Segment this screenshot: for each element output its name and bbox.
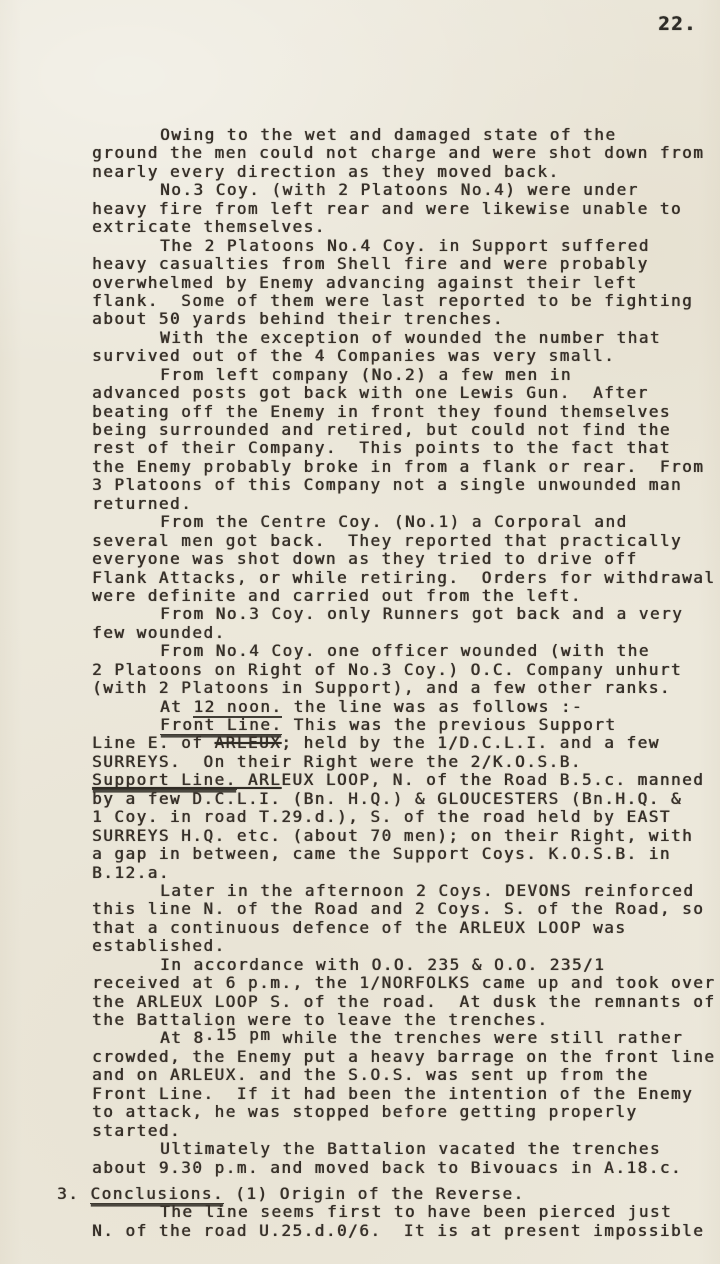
- text-segment: Later in the afternoon 2 Coys. DEVONS re…: [160, 881, 694, 900]
- text-segment: advanced posts got back with one Lewis G…: [92, 383, 649, 402]
- text-line: The line seems first to have been pierce…: [92, 1203, 720, 1221]
- text-line: Flank Attacks, or while retiring. Orders…: [92, 569, 720, 587]
- text-segment: this line N. of the Road and 2 Coys. S. …: [92, 899, 704, 918]
- text-segment: No.3 Coy. (with 2 Platoons No.4) were un…: [160, 180, 639, 199]
- text-line: nearly every direction as they moved bac…: [92, 163, 720, 181]
- text-segment: the Enemy probably broke in from a flank…: [92, 457, 704, 476]
- page-number: 22.: [658, 13, 697, 35]
- text-line: a gap in between, came the Support Coys.…: [92, 845, 720, 863]
- text-segment: From No.3 Coy. only Runners got back and…: [160, 604, 683, 623]
- text-segment: From left company (No.2) a few men in: [160, 365, 572, 384]
- text-segment: the Battalion were to leave the trenches…: [92, 1010, 548, 1029]
- text-segment: started.: [92, 1121, 181, 1140]
- text-line: From No.4 Coy. one officer wounded (with…: [92, 642, 720, 660]
- text-line: crowded, the Enemy put a heavy barrage o…: [92, 1048, 720, 1066]
- text-line: survived out of the 4 Companies was very…: [92, 347, 720, 365]
- text-segment: that a continuous defence of the ARLEUX …: [92, 918, 626, 937]
- text-line: about 9.30 p.m. and moved back to Bivoua…: [92, 1159, 720, 1177]
- text-segment: ground the men could not charge and were…: [92, 143, 704, 162]
- text-line: 2 Platoons on Right of No.3 Coy.) O.C. C…: [92, 661, 720, 679]
- text-segment: This was the previous Support: [282, 715, 616, 734]
- text-segment-uu: Support Line.: [92, 770, 237, 790]
- text-line: the ARLEUX LOOP S. of the road. At dusk …: [92, 993, 720, 1011]
- text-segment: heavy casualties from Shell fire and wer…: [92, 254, 649, 273]
- text-line: At 12 noon. the line was as follows :-: [92, 698, 720, 716]
- text-segment: about 50 yards behind their trenches.: [92, 309, 504, 328]
- text-line: Support Line. ARLEUX LOOP, N. of the Roa…: [92, 771, 720, 789]
- text-line: the Enemy probably broke in from a flank…: [92, 458, 720, 476]
- text-line: started.: [92, 1122, 720, 1140]
- text-line: SURREYS. On their Right were the 2/K.O.S…: [92, 753, 720, 771]
- text-line: heavy fire from left rear and were likew…: [92, 200, 720, 218]
- text-segment-st: ARLEUX: [214, 733, 281, 752]
- text-line: Later in the afternoon 2 Coys. DEVONS re…: [92, 882, 720, 900]
- text-segment: the ARLEUX LOOP S. of the road. At dusk …: [92, 992, 715, 1011]
- text-line: N. of the road U.25.d.0/6. It is at pres…: [92, 1222, 720, 1240]
- text-line: In accordance with O.O. 235 & O.O. 235/1: [92, 956, 720, 974]
- text-line: rest of their Company. This points to th…: [92, 439, 720, 457]
- text-segment: 1 Coy. in road T.29.d.), S. of the road …: [92, 807, 671, 826]
- text-segment: Flank Attacks, or while retiring. Orders…: [92, 568, 715, 587]
- text-line: From left company (No.2) a few men in: [92, 366, 720, 384]
- text-line: by a few D.C.L.I. (Bn. H.Q.) & GLOUCESTE…: [92, 790, 720, 808]
- text-segment: returned.: [92, 494, 192, 513]
- text-segment: N. of the road U.25.d.0/6. It is at pres…: [92, 1221, 704, 1240]
- text-segment: survived out of the 4 Companies was very…: [92, 346, 615, 365]
- text-line: Front Line. If it had been the intention…: [92, 1085, 720, 1103]
- text-line: overwhelmed by Enemy advancing against t…: [92, 274, 720, 292]
- text-segment: few wounded.: [92, 623, 226, 642]
- text-line: From the Centre Coy. (No.1) a Corporal a…: [92, 513, 720, 531]
- text-segment: beating off the Enemy in front they foun…: [92, 402, 671, 421]
- text-segment: 2 Platoons on Right of No.3 Coy.) O.C. C…: [92, 660, 682, 679]
- text-segment: ; held by the 1/D.C.L.I. and a few: [281, 733, 660, 752]
- text-segment: ARLEUX LOOP, N. of the Road B.5.c. manne…: [237, 770, 705, 789]
- text-line: flank. Some of them were last reported t…: [92, 292, 720, 310]
- text-line: established.: [92, 937, 720, 955]
- text-segment: (with 2 Platoons in Support), and a few …: [92, 678, 671, 697]
- text-segment-uu: Front Line.: [160, 715, 282, 735]
- text-segment: heavy fire from left rear and were likew…: [92, 199, 682, 218]
- text-segment: crowded, the Enemy put a heavy barrage o…: [92, 1047, 715, 1066]
- document-body: Owing to the wet and damaged state of th…: [92, 126, 720, 1240]
- text-segment: flank. Some of them were last reported t…: [92, 291, 693, 310]
- text-line: that a continuous defence of the ARLEUX …: [92, 919, 720, 937]
- text-segment: were definite and carried out from the l…: [92, 586, 582, 605]
- text-line: several men got back. They reported that…: [92, 532, 720, 550]
- text-segment: established.: [92, 936, 226, 955]
- text-line: heavy casualties from Shell fire and wer…: [92, 255, 720, 273]
- text-line: few wounded.: [92, 624, 720, 642]
- text-line: to attack, he was stopped before getting…: [92, 1103, 720, 1121]
- text-segment: rest of their Company. This points to th…: [92, 438, 671, 457]
- text-line: SURREYS H.Q. etc. (about 70 men); on the…: [92, 827, 720, 845]
- text-line: No.3 Coy. (with 2 Platoons No.4) were un…: [92, 181, 720, 199]
- text-line: beating off the Enemy in front they foun…: [92, 403, 720, 421]
- text-segment: B.12.a.: [92, 863, 170, 882]
- text-line: (with 2 Platoons in Support), and a few …: [92, 679, 720, 697]
- text-segment: nearly every direction as they moved bac…: [92, 162, 560, 181]
- text-segment: From the Centre Coy. (No.1) a Corporal a…: [160, 512, 628, 531]
- text-line: Front Line. This was the previous Suppor…: [92, 716, 720, 734]
- text-segment: 3 Platoons of this Company not a single …: [92, 475, 682, 494]
- text-line: about 50 yards behind their trenches.: [92, 310, 720, 328]
- text-segment: SURREYS. On their Right were the 2/K.O.S…: [92, 752, 582, 771]
- text-line: this line N. of the Road and 2 Coys. S. …: [92, 900, 720, 918]
- text-segment: The 2 Platoons No.4 Coy. in Support suff…: [160, 236, 650, 255]
- text-line: received at 6 p.m., the 1/NORFOLKS came …: [92, 974, 720, 992]
- text-line: Line E. of ARLEUX; held by the 1/D.C.L.I…: [92, 734, 720, 752]
- text-segment-ov: by a few D.C.L.I.: [92, 789, 281, 808]
- text-segment: From No.4 Coy. one officer wounded (with…: [160, 641, 650, 660]
- text-segment: extricate themselves.: [92, 217, 326, 236]
- text-segment: Owing to the wet and damaged state of th…: [160, 125, 616, 144]
- text-segment-hi: .15 pm: [205, 1025, 272, 1044]
- text-segment: several men got back. They reported that…: [92, 531, 682, 550]
- text-segment: At: [160, 697, 193, 716]
- text-line: advanced posts got back with one Lewis G…: [92, 384, 720, 402]
- text-segment: while the trenches were still rather: [271, 1028, 683, 1047]
- text-segment: Line E. of: [92, 733, 214, 752]
- text-segment: At 8: [160, 1028, 205, 1047]
- text-segment: the line was as follows :-: [282, 697, 583, 716]
- text-line: were definite and carried out from the l…: [92, 587, 720, 605]
- text-segment: The line seems first to have been pierce…: [160, 1202, 672, 1221]
- text-line: At 8.15 pm while the trenches were still…: [92, 1029, 720, 1047]
- text-segment: overwhelmed by Enemy advancing against t…: [92, 273, 638, 292]
- text-line: B.12.a.: [92, 864, 720, 882]
- text-segment: to attack, he was stopped before getting…: [92, 1102, 638, 1121]
- text-line: Owing to the wet and damaged state of th…: [92, 126, 720, 144]
- text-line: everyone was shot down as they tried to …: [92, 550, 720, 568]
- text-segment: and on ARLEUX. and the S.O.S. was sent u…: [92, 1065, 649, 1084]
- scanned-page: 22. Owing to the wet and damaged state o…: [0, 0, 720, 1264]
- text-line: The 2 Platoons No.4 Coy. in Support suff…: [92, 237, 720, 255]
- text-segment: 3.: [57, 1184, 90, 1203]
- text-line: With the exception of wounded the number…: [92, 329, 720, 347]
- text-segment: Ultimately the Battalion vacated the tre…: [160, 1139, 661, 1158]
- text-segment-uu: Conclusions.: [90, 1184, 224, 1204]
- text-line: Ultimately the Battalion vacated the tre…: [92, 1140, 720, 1158]
- text-segment: With the exception of wounded the number…: [160, 328, 661, 347]
- text-segment: everyone was shot down as they tried to …: [92, 549, 638, 568]
- text-line: extricate themselves.: [92, 218, 720, 236]
- text-line: the Battalion were to leave the trenches…: [92, 1011, 720, 1029]
- text-line: returned.: [92, 495, 720, 513]
- text-line: being surrounded and retired, but could …: [92, 421, 720, 439]
- text-line: and on ARLEUX. and the S.O.S. was sent u…: [92, 1066, 720, 1084]
- text-segment: being surrounded and retired, but could …: [92, 420, 671, 439]
- text-segment: (1) Origin of the Reverse.: [224, 1184, 525, 1203]
- text-line: ground the men could not charge and were…: [92, 144, 720, 162]
- text-line: From No.3 Coy. only Runners got back and…: [92, 605, 720, 623]
- text-line: 3 Platoons of this Company not a single …: [92, 476, 720, 494]
- text-segment: (Bn. H.Q.) & GLOUCESTERS (Bn.H.Q. &: [281, 789, 682, 808]
- text-segment: received at 6 p.m., the 1/NORFOLKS came …: [92, 973, 715, 992]
- text-segment: SURREYS H.Q. etc. (about 70 men); on the…: [92, 826, 693, 845]
- text-line: 3. Conclusions. (1) Origin of the Revers…: [57, 1185, 720, 1203]
- text-segment: In accordance with O.O. 235 & O.O. 235/1: [160, 955, 605, 974]
- text-segment: about 9.30 p.m. and moved back to Bivoua…: [92, 1158, 682, 1177]
- text-line: 1 Coy. in road T.29.d.), S. of the road …: [92, 808, 720, 826]
- text-segment: Front Line. If it had been the intention…: [92, 1084, 693, 1103]
- text-segment: a gap in between, came the Support Coys.…: [92, 844, 671, 863]
